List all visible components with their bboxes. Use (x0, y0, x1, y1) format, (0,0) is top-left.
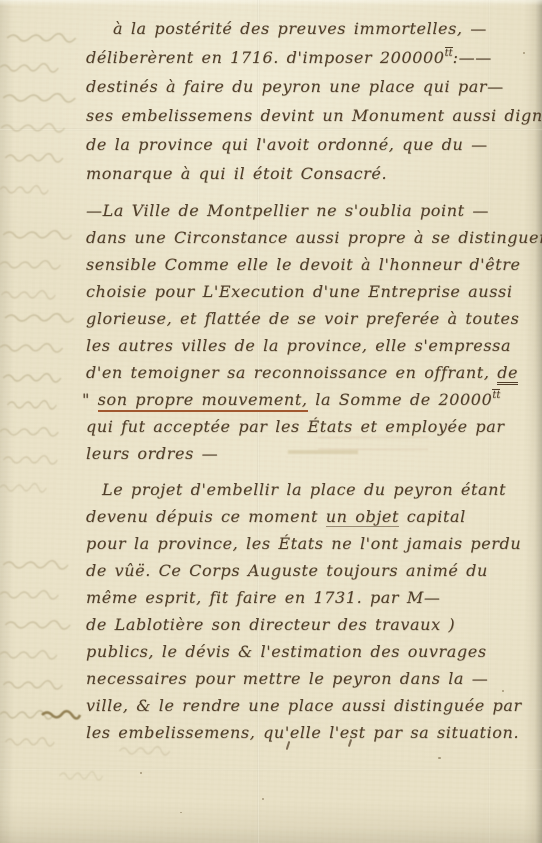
manuscript-line: de Lablotière son directeur des travaux … (86, 611, 538, 638)
text-segment: la Somme de 20000 (308, 390, 493, 409)
red-underlined-phrase: son propre mouvement, (98, 390, 308, 412)
text-segment: glorieuse, et flattée de se voir preferé… (86, 309, 519, 328)
text-segment: destinés à faire du peyron une place qui… (86, 77, 504, 96)
manuscript-line: " son propre mouvement, la Somme de 2000… (82, 386, 538, 413)
manuscript-line: les autres villes de la province, elle s… (86, 332, 538, 359)
underlined-phrase: un objet (326, 507, 399, 527)
superscript-livres-mark: tt (492, 389, 500, 401)
text-segment: pour la province, les États ne l'ont jam… (86, 534, 521, 553)
text-segment: :—— (453, 48, 492, 67)
manuscript-line: de vûë. Ce Corps Auguste toujours animé … (86, 557, 538, 584)
text-segment: même esprit, fit faire en 1731. par M— (86, 588, 440, 607)
manuscript-line: même esprit, fit faire en 1731. par M— (86, 584, 538, 611)
text-segment: dans une Circonstance aussi propre à se … (86, 228, 542, 247)
double-underlined-word: de (497, 363, 518, 385)
manuscript-line: necessaires pour mettre le peyron dans l… (86, 665, 538, 692)
manuscript-text: à la postérité des preuves immortelles, … (86, 14, 538, 746)
ink-speck (262, 798, 264, 800)
text-segment: de la province qui l'avoit ordonné, que … (86, 135, 488, 154)
text-segment: qui fut acceptée par les États et employ… (86, 417, 505, 436)
ink-speck (140, 772, 142, 774)
text-segment: " (82, 390, 98, 409)
manuscript-line: devenu dépuis ce moment un objet capital (86, 503, 538, 530)
manuscript-line: pour la province, les États ne l'ont jam… (86, 530, 538, 557)
manuscript-line: qui fut acceptée par les États et employ… (86, 413, 538, 440)
ink-speck (438, 757, 441, 759)
superscript-livres-mark: tt (445, 47, 453, 59)
manuscript-line: Le projet d'embellir la place du peyron … (102, 476, 538, 503)
manuscript-line: destinés à faire du peyron une place qui… (86, 72, 538, 101)
text-segment: publics, le dévis & l'estimation des ouv… (86, 642, 487, 661)
manuscript-line: —La Ville de Montpellier ne s'oublia poi… (86, 197, 538, 224)
manuscript-page: { "page": { "type": "handwritten-manuscr… (0, 0, 542, 843)
manuscript-line: sensible Comme elle le devoit à l'honneu… (86, 251, 538, 278)
text-segment: sensible Comme elle le devoit à l'honneu… (86, 255, 521, 274)
ink-speck (502, 690, 504, 692)
text-segment: de Lablotière son directeur des travaux … (86, 615, 455, 634)
manuscript-line: d'en temoigner sa reconnoissance en offr… (86, 359, 538, 386)
text-segment: necessaires pour mettre le peyron dans l… (86, 669, 488, 688)
manuscript-line: à la postérité des preuves immortelles, … (113, 14, 538, 43)
manuscript-line: déliberèrent en 1716. d'imposer 200000tt… (86, 43, 538, 72)
manuscript-line: glorieuse, et flattée de se voir preferé… (86, 305, 538, 332)
manuscript-line: de la province qui l'avoit ordonné, que … (86, 130, 538, 159)
manuscript-line: ville, & le rendre une place aussi disti… (86, 692, 538, 719)
text-segment: ses embelissemens devint un Monument aus… (86, 106, 542, 125)
text-segment: déliberèrent en 1716. d'imposer 200000 (86, 48, 445, 67)
text-segment: de vûë. Ce Corps Auguste toujours animé … (86, 561, 488, 580)
manuscript-line: publics, le dévis & l'estimation des ouv… (86, 638, 538, 665)
text-segment: leurs ordres — (86, 444, 218, 463)
text-segment: ville, & le rendre une place aussi disti… (86, 696, 522, 715)
text-segment: capital (399, 507, 466, 526)
manuscript-line: leurs ordres — (86, 440, 538, 467)
text-segment: à la postérité des preuves immortelles, … (113, 19, 487, 38)
text-segment: d'en temoigner sa reconnoissance en offr… (86, 363, 497, 382)
text-segment: choisie pour L'Execution d'une Entrepris… (86, 282, 513, 301)
text-segment: —La Ville de Montpellier ne s'oublia poi… (86, 201, 489, 220)
manuscript-line: choisie pour L'Execution d'une Entrepris… (86, 278, 538, 305)
ink-speck (523, 52, 525, 54)
text-segment: monarque à qui il étoit Consacré. (86, 164, 387, 183)
paragraph: Le projet d'embellir la place du peyron … (86, 476, 538, 746)
fold-crease-horizontal (0, 768, 542, 771)
text-segment: les autres villes de la province, elle s… (86, 336, 511, 355)
paragraph: à la postérité des preuves immortelles, … (86, 14, 538, 188)
manuscript-line: ses embelissemens devint un Monument aus… (86, 101, 538, 130)
manuscript-line: dans une Circonstance aussi propre à se … (86, 224, 538, 251)
text-segment: les embelissemens, qu'elle l'est par sa … (86, 723, 519, 742)
ink-speck (180, 812, 182, 813)
text-segment: Le projet d'embellir la place du peyron … (102, 480, 506, 499)
manuscript-line: les embelissemens, qu'elle l'est par sa … (86, 719, 538, 746)
text-segment: devenu dépuis ce moment (86, 507, 326, 526)
manuscript-line: monarque à qui il étoit Consacré. (86, 159, 538, 188)
paragraph: —La Ville de Montpellier ne s'oublia poi… (86, 197, 538, 467)
